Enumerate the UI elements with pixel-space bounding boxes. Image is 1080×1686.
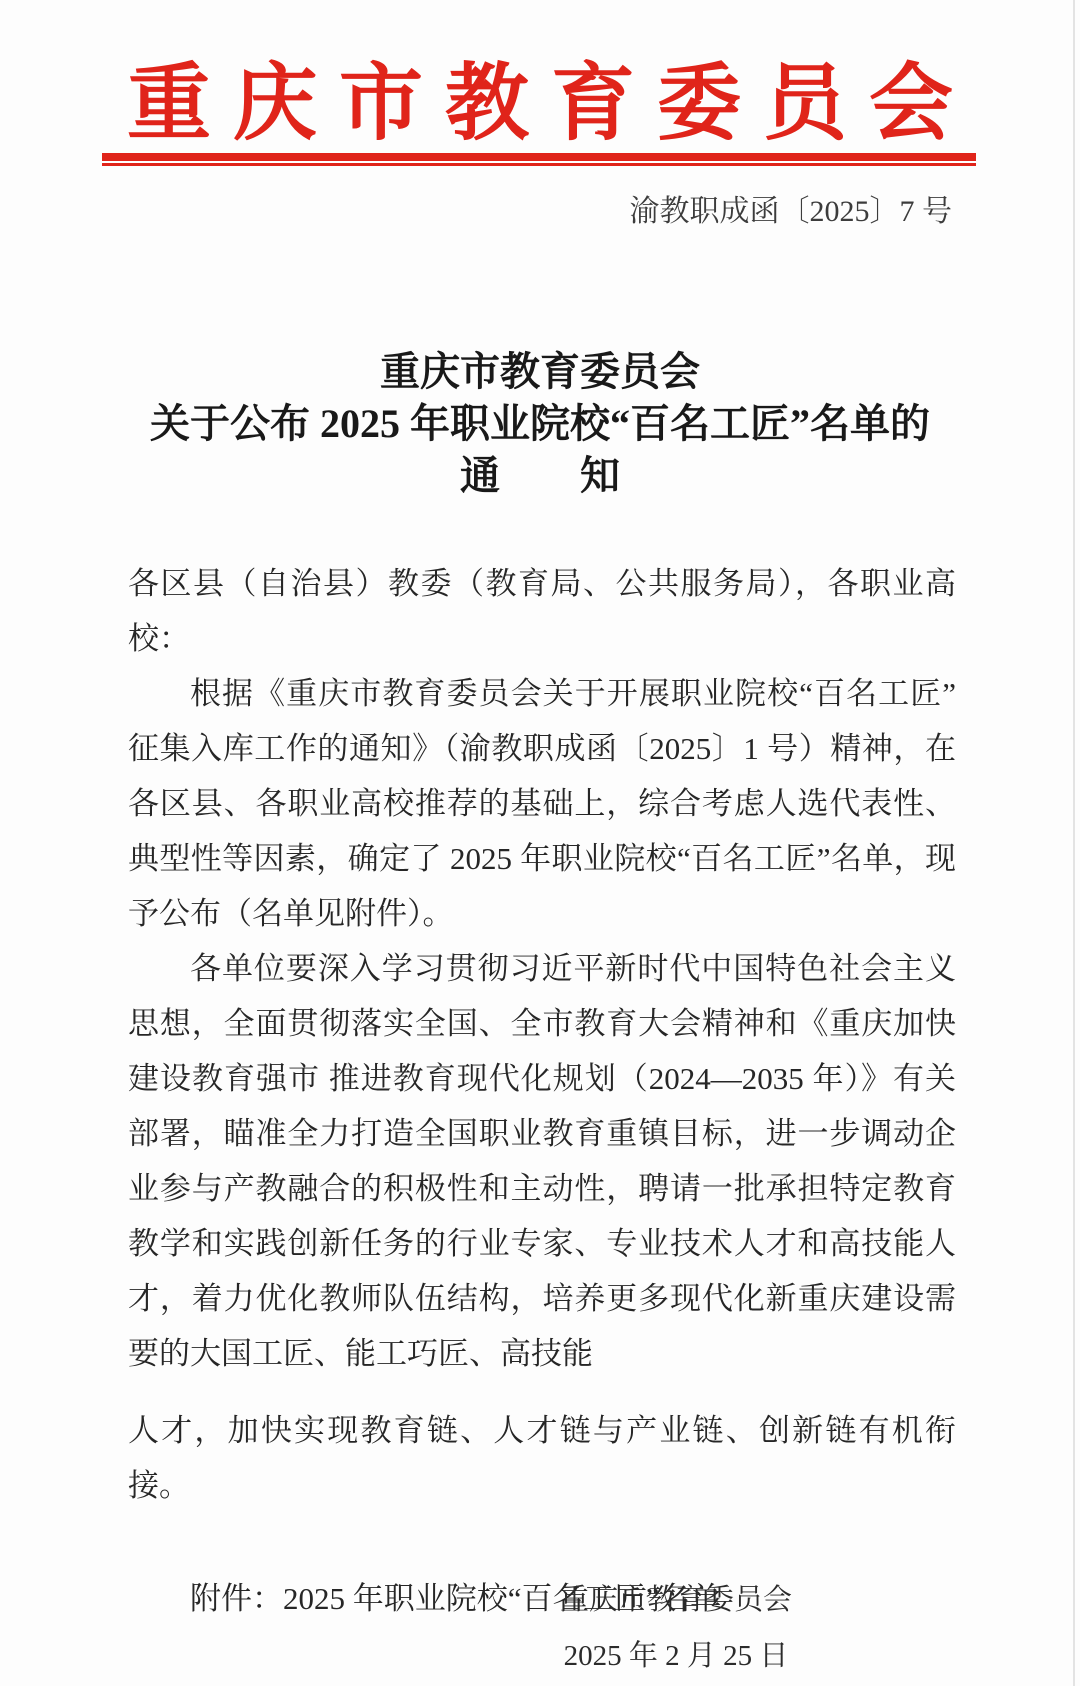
agency-header-red-title: 重庆市教育委员会 [0,36,1080,157]
body-paragraph-1: 根据《重庆市教育委员会关于开展职业院校“百名工匠”征集入库工作的通知》（渝教职成… [128,666,956,941]
signoff-block: 重庆市教育委员会 2025 年 2 月 25 日 [470,1572,882,1684]
issue-date: 2025 年 2 月 25 日 [470,1628,882,1684]
body-paragraph-2: 各单位要深入学习贯彻习近平新时代中国特色社会主义思想，全面贯彻落实全国、全市教育… [128,941,956,1381]
notice-title-line-1: 重庆市教育委员会 [0,346,1080,398]
official-document-page: 重庆市教育委员会 渝教职成函〔2025〕7 号 重庆市教育委员会 关于公布 20… [0,0,1080,1686]
salutation-line: 各区县（自治县）教委（教育局、公共服务局），各职业高校： [128,556,956,666]
red-divider-rule [102,153,976,166]
body-paragraph-3: 人才，加快实现教育链、人才链与产业链、创新链有机衔接。 [128,1403,956,1513]
notice-title-line-3: 通 知 [0,450,1080,502]
notice-body: 各区县（自治县）教委（教育局、公共服务局），各职业高校： 根据《重庆市教育委员会… [128,556,956,1626]
screenshot-edge-artifact [1073,0,1075,1686]
issuing-agency-signature: 重庆市教育委员会 [470,1572,882,1628]
notice-title-line-2: 关于公布 2025 年职业院校“百名工匠”名单的 [0,398,1080,450]
notice-title-block: 重庆市教育委员会 关于公布 2025 年职业院校“百名工匠”名单的 通 知 [0,346,1080,502]
document-number: 渝教职成函〔2025〕7 号 [0,186,952,230]
